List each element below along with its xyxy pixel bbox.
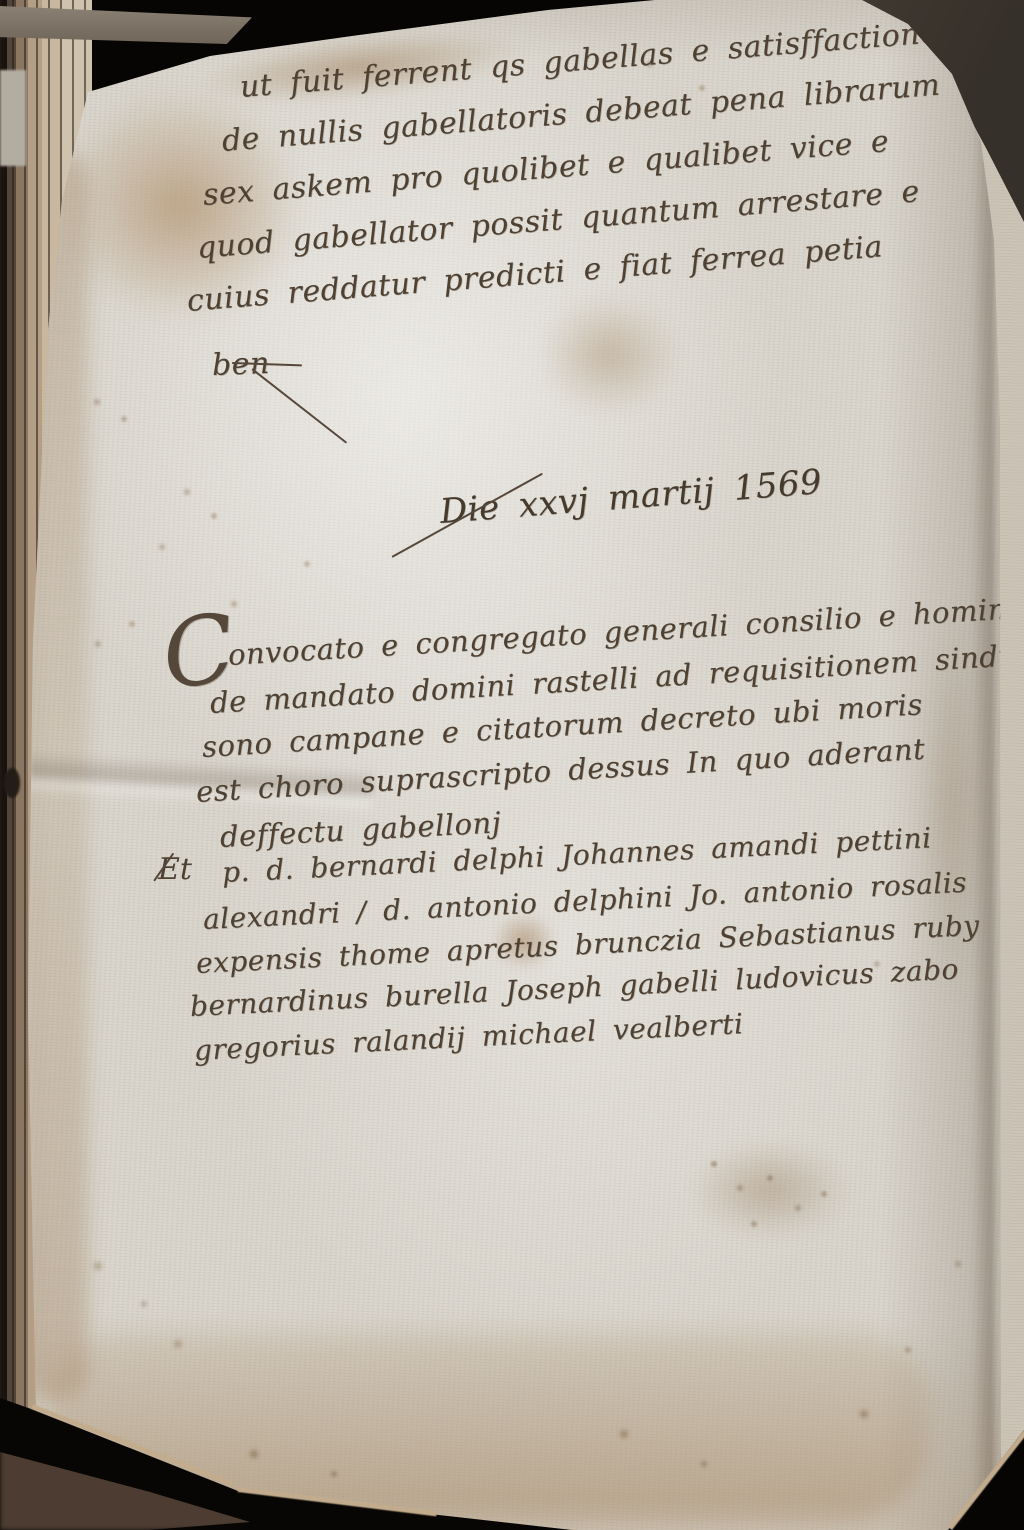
manuscript-page: ut fuit ferrent qs gabellas e satisffact… bbox=[0, 0, 1024, 1530]
gutter-page-edge-patch bbox=[0, 70, 26, 166]
manuscript-photo: ut fuit ferrent qs gabellas e satisffact… bbox=[0, 0, 1024, 1530]
gutter-dark-spot bbox=[4, 768, 20, 798]
handwriting-layer: ut fuit ferrent qs gabellas e satisffact… bbox=[0, 0, 1024, 1530]
book-edge-top-band bbox=[0, 6, 252, 44]
ink-flourish-tail bbox=[251, 368, 347, 443]
